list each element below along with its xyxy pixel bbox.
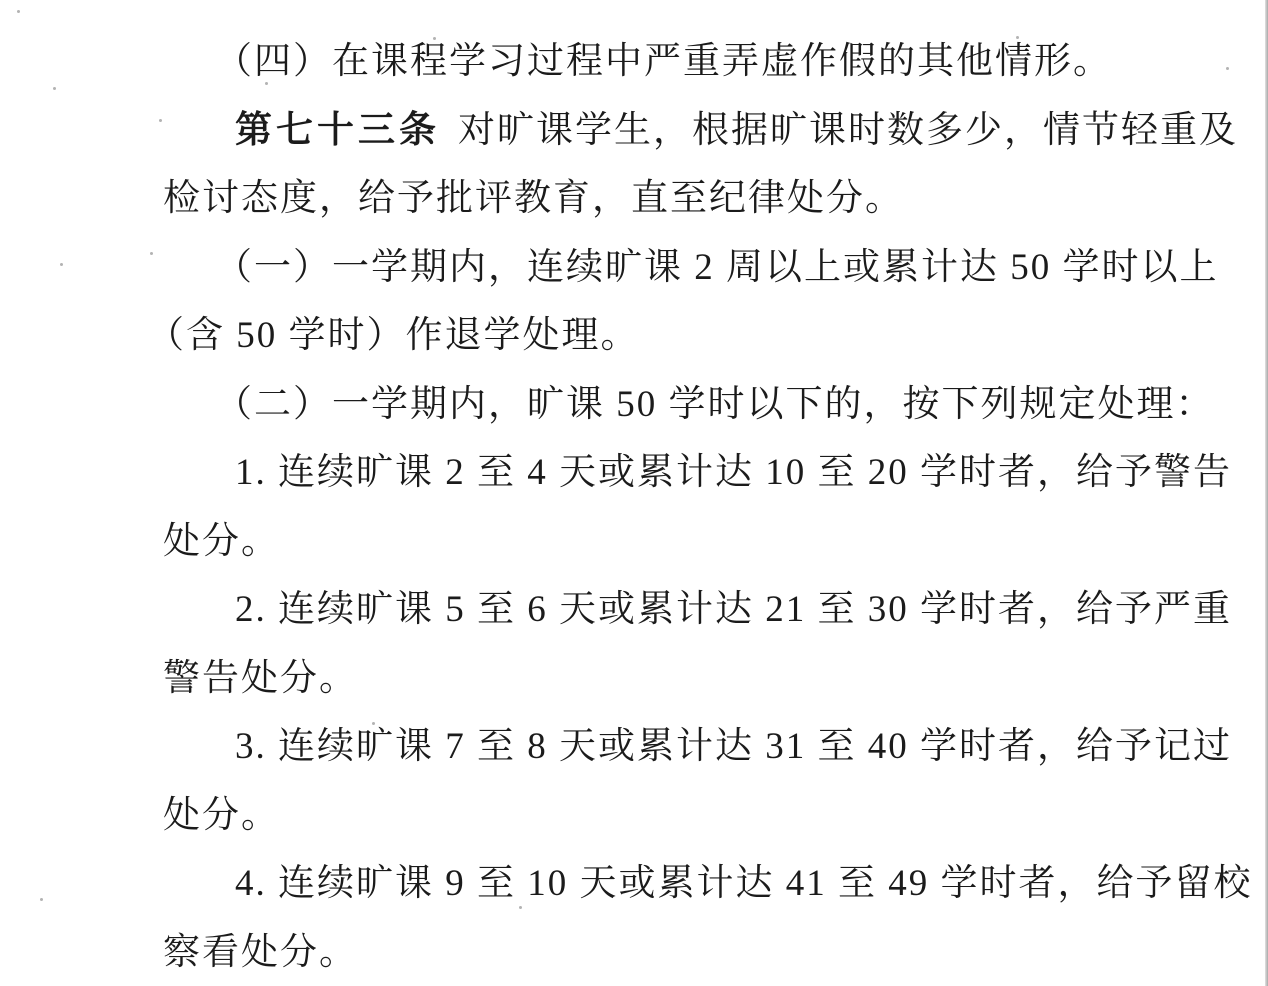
text-line-rule-3-cont: 处分。 <box>163 782 1268 851</box>
text-line-rule-2-cont: 警告处分。 <box>163 645 1268 714</box>
text-line-rule-2: 2. 连续旷课 5 至 6 天或累计达 21 至 30 学时者，给予严重 <box>163 576 1268 645</box>
text-line-rule-1: 1. 连续旷课 2 至 4 天或累计达 10 至 20 学时者，给予警告 <box>163 439 1268 508</box>
scan-speckle <box>53 87 56 90</box>
line-text: （二）一学期内，旷课 50 学时以下的，按下列规定处理： <box>215 384 1215 425</box>
line-text: 检讨态度，给予批评教育，直至纪律处分。 <box>163 178 904 219</box>
scan-speckle <box>60 263 63 266</box>
line-text: （含 50 学时）作退学处理。 <box>147 315 640 356</box>
line-text: （四）在课程学习过程中严重弄虚作假的其他情形。 <box>215 41 1112 82</box>
line-text: 4. 连续旷课 9 至 10 天或累计达 41 至 49 学时者，给予留校 <box>235 863 1253 904</box>
scan-speckle <box>1226 67 1229 70</box>
scan-speckle <box>40 898 43 901</box>
scan-speckle <box>372 722 375 725</box>
line-text: （一）一学期内，连续旷课 2 周以上或累计达 50 学时以上 <box>215 247 1219 288</box>
line-text: 处分。 <box>163 795 280 836</box>
text-line-clause-2: （二）一学期内，旷课 50 学时以下的，按下列规定处理： <box>163 371 1268 440</box>
document-text-block: （四）在课程学习过程中严重弄虚作假的其他情形。 第七十三条对旷课学生，根据旷课时… <box>0 28 1268 986</box>
line-text: 处分。 <box>163 521 280 562</box>
line-text: 察看处分。 <box>163 932 358 973</box>
text-line-article-73-cont: 检讨态度，给予批评教育，直至纪律处分。 <box>163 165 1268 234</box>
scanned-document-page: （四）在课程学习过程中严重弄虚作假的其他情形。 第七十三条对旷课学生，根据旷课时… <box>0 0 1268 986</box>
text-line-rule-4-cont: 察看处分。 <box>163 919 1268 986</box>
text-line-clause-1: （一）一学期内，连续旷课 2 周以上或累计达 50 学时以上 <box>163 234 1268 303</box>
scan-speckle <box>519 906 522 909</box>
scan-speckle <box>17 10 20 13</box>
line-text: 3. 连续旷课 7 至 8 天或累计达 31 至 40 学时者，给予记过 <box>235 726 1232 767</box>
text-line-article-73: 第七十三条对旷课学生，根据旷课时数多少，情节轻重及 <box>163 97 1268 166</box>
scan-speckle <box>150 252 153 255</box>
scan-speckle <box>265 82 268 85</box>
text-line-rule-1-cont: 处分。 <box>163 508 1268 577</box>
line-text: 2. 连续旷课 5 至 6 天或累计达 21 至 30 学时者，给予严重 <box>235 589 1232 630</box>
text-line-clause-1-cont: （含 50 学时）作退学处理。 <box>147 302 1268 371</box>
line-text: 1. 连续旷课 2 至 4 天或累计达 10 至 20 学时者，给予警告 <box>235 452 1232 493</box>
article-73-number: 第七十三条 <box>235 110 440 151</box>
line-text: 对旷课学生，根据旷课时数多少，情节轻重及 <box>458 110 1238 151</box>
text-line-item-4-other-cases: （四）在课程学习过程中严重弄虚作假的其他情形。 <box>163 28 1268 97</box>
line-text: 警告处分。 <box>163 658 358 699</box>
scan-speckle <box>433 37 436 40</box>
text-line-rule-4: 4. 连续旷课 9 至 10 天或累计达 41 至 49 学时者，给予留校 <box>163 850 1268 919</box>
text-line-rule-3: 3. 连续旷课 7 至 8 天或累计达 31 至 40 学时者，给予记过 <box>163 713 1268 782</box>
scan-speckle <box>1016 36 1019 39</box>
scan-speckle <box>159 119 162 122</box>
